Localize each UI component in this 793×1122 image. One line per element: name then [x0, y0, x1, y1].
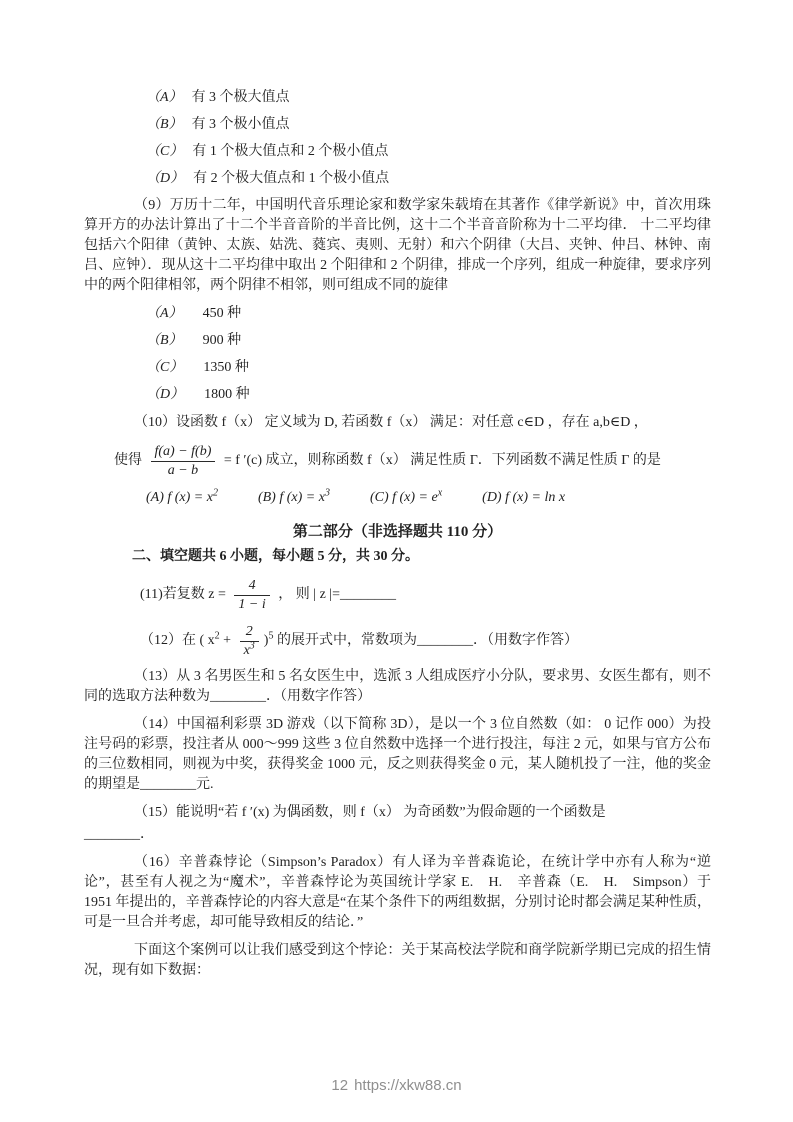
- q8-option-d: （D）有 2 个极大值点和 1 个极小值点: [146, 169, 711, 189]
- option-label: （A）: [146, 90, 183, 105]
- q10-option-b: (B) f (x) = x3: [258, 488, 330, 508]
- question-10-line1: （10）设函数 f（x） 定义域为 D, 若函数 f（x） 满足：对任意 c∈D…: [84, 413, 711, 433]
- question-16-followup: 下面这个案例可以让我们感受到这个悖论：关于某高校法学院和商学院新学期已完成的招生…: [84, 941, 711, 981]
- option-label: （D）: [146, 387, 184, 402]
- fraction-numerator: 4: [234, 577, 269, 596]
- fraction: f(a) − f(b) a − b: [151, 443, 216, 479]
- part2-heading: 第二部分（非选择题共 110 分）: [84, 521, 711, 543]
- question-10-formula-line: 使得 f(a) − f(b) a − b = f ′(c) 成立，则称函数 f（…: [114, 443, 711, 479]
- question-12: （12）在 ( x2 + 2 x3 )5 的展开式中，常数项为________．…: [140, 623, 711, 659]
- option-label: （C）: [146, 144, 183, 159]
- option-text: 有 2 个极大值点和 1 个极小值点: [193, 171, 389, 186]
- fraction: 4 1 − i: [234, 577, 269, 613]
- q8-option-a: （A）有 3 个极大值点: [146, 88, 711, 108]
- question-9-text: （9）万历十二年，中国明代音乐理论家和数学家朱载堉在其著作《律学新说》中，首次用…: [84, 196, 711, 296]
- option-text: (C) f (x) = e: [370, 490, 438, 505]
- option-text: 450 种: [203, 306, 242, 321]
- exponent: 3: [250, 640, 255, 651]
- q10-options: (A) f (x) = x2 (B) f (x) = x3 (C) f (x) …: [146, 488, 711, 508]
- fraction-denominator: x3: [240, 642, 259, 660]
- option-label: （D）: [146, 171, 184, 186]
- q9-option-b: （B）900 种: [146, 331, 711, 351]
- q9-option-d: （D）1800 种: [146, 385, 711, 405]
- formula-mid: +: [220, 633, 231, 648]
- fraction-denominator: 1 − i: [234, 596, 269, 614]
- page-number: 12: [331, 1077, 348, 1094]
- q9-option-c: （C）1350 种: [146, 358, 711, 378]
- q9-options: （A）450 种 （B）900 种 （C）1350 种 （D）1800 种: [84, 304, 711, 405]
- q8-options: （A）有 3 个极大值点 （B）有 3 个极小值点 （C）有 1 个极大值点和 …: [84, 88, 711, 189]
- exponent: 2: [213, 487, 218, 498]
- option-text: 有 3 个极大值点: [192, 90, 290, 105]
- exponent: x: [438, 487, 442, 498]
- q10-option-a: (A) f (x) = x2: [146, 488, 218, 508]
- exam-page: （A）有 3 个极大值点 （B）有 3 个极小值点 （C）有 1 个极大值点和 …: [0, 0, 793, 1122]
- option-text: (B) f (x) = x: [258, 490, 325, 505]
- option-text: 900 种: [203, 333, 242, 348]
- question-13-text: （13）从 3 名男医生和 5 名女医生中，选派 3 人组成医疗小分队，要求男、…: [84, 667, 711, 707]
- question-11: (11)若复数 z = 4 1 − i ， 则 | z |=________: [140, 577, 711, 613]
- q8-option-b: （B）有 3 个极小值点: [146, 115, 711, 135]
- question-14-text: （14）中国福利彩票 3D 游戏（以下简称 3D），是以一个 3 位自然数（如：…: [84, 715, 711, 795]
- option-text: (D) f (x) = ln x: [482, 490, 565, 505]
- formula-suffix: 的展开式中，常数项为________．（用数字作答）: [273, 633, 578, 648]
- fraction-numerator: 2: [240, 623, 259, 642]
- fraction: 2 x3: [240, 623, 259, 659]
- fraction-numerator: f(a) − f(b): [151, 443, 216, 462]
- site-url: https://xkw88.cn: [354, 1077, 462, 1094]
- option-text: 有 1 个极大值点和 2 个极小值点: [192, 144, 388, 159]
- formula-suffix: ， 则 | z |=________: [278, 587, 396, 602]
- formula-prefix: （12）在 ( x: [140, 633, 215, 648]
- option-label: （B）: [146, 117, 183, 132]
- part2-subheading: 二、填空题共 6 小题，每小题 5 分，共 30 分。: [84, 547, 711, 567]
- exponent: 3: [325, 487, 330, 498]
- q8-option-c: （C）有 1 个极大值点和 2 个极小值点: [146, 142, 711, 162]
- option-text: 1350 种: [203, 360, 249, 375]
- formula-prefix: 使得: [114, 453, 142, 468]
- option-label: （B）: [146, 333, 183, 348]
- q10-option-c: (C) f (x) = ex: [370, 488, 442, 508]
- option-text: (A) f (x) = x: [146, 490, 213, 505]
- formula-suffix: = f ′(c) 成立，则称函数 f（x） 满足性质 Γ．下列函数不满足性质 Γ…: [224, 453, 661, 468]
- question-16-text: （16）辛普森悖论（Simpson’s Paradox）有人译为辛普森诡论，在统…: [84, 853, 711, 933]
- option-text: 1800 种: [204, 387, 250, 402]
- q9-option-a: （A）450 种: [146, 304, 711, 324]
- option-label: （C）: [146, 360, 183, 375]
- option-text: 有 3 个极小值点: [192, 117, 290, 132]
- page-footer: 12https://xkw88.cn: [0, 1076, 793, 1096]
- question-15-text: （15）能说明“若 f ′(x) 为偶函数，则 f（x） 为奇函数”为假命题的一…: [84, 803, 711, 823]
- question-10: （10）设函数 f（x） 定义域为 D, 若函数 f（x） 满足：对任意 c∈D…: [84, 413, 711, 508]
- question-15-blank: ________．: [84, 825, 711, 845]
- fraction-denominator: a − b: [151, 462, 216, 480]
- option-label: （A）: [146, 306, 183, 321]
- q10-option-d: (D) f (x) = ln x: [482, 488, 565, 508]
- formula-prefix: (11)若复数 z =: [140, 587, 226, 602]
